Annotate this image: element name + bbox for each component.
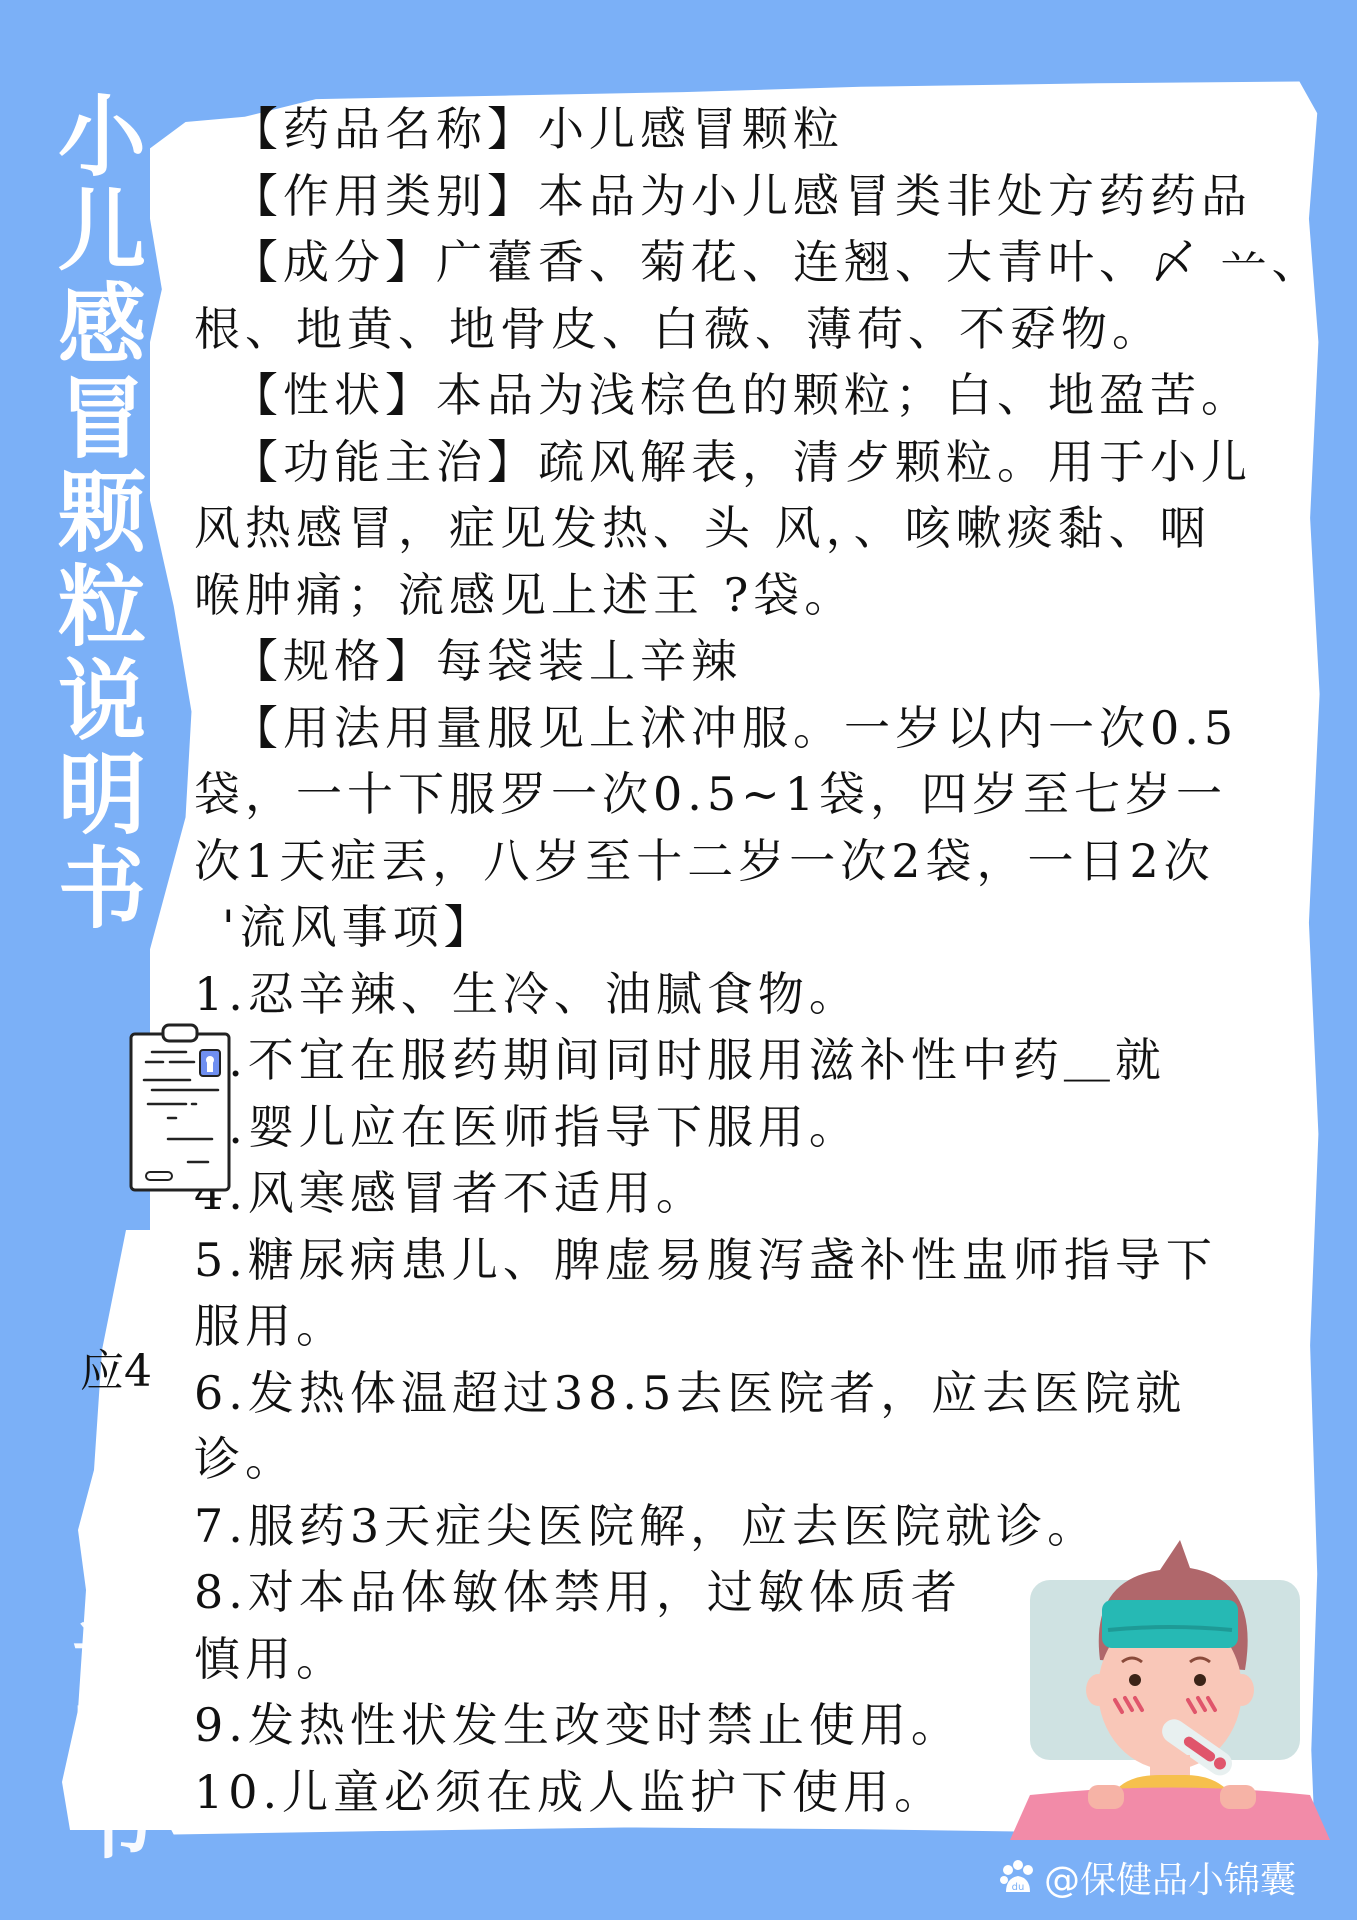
note-item: 诊。 [194, 1426, 1312, 1493]
section-indications: 【功能主治】疏风解表，清歺颗粒。用于小儿 [232, 429, 1312, 496]
svg-text:du: du [1012, 1882, 1025, 1893]
note-item: 服用。 [194, 1293, 1312, 1360]
note-item: 5.糖尿病患儿、脾虚易腹泻盏补性盅师指导下 [194, 1227, 1312, 1294]
watermark: du @保健品小锦囊 [998, 1852, 1296, 1903]
watermark-text: @保健品小锦囊 [1044, 1852, 1296, 1903]
section-ingredients-cont: 根、地黄、地骨皮、白薇、薄荷、不孬物。 [194, 296, 1312, 363]
section-specification: 【规格】每袋装丄辛辣 [232, 628, 1312, 695]
section-dosage-cont: 次1天症丟，八岁至十二岁一次2袋，一日2次 [194, 828, 1312, 895]
section-appearance: 【性状】本品为浅棕色的颗粒；白、地盈苦。 [232, 362, 1312, 429]
sick-child-illustration [1010, 1540, 1330, 1840]
section-dosage: 【用法用量服见上沭冲服。一岁以内一次0.5 [232, 695, 1312, 762]
note-item: 3.婴儿应在医师指导下服用。 [194, 1094, 1312, 1161]
section-ingredients: 【成分】广藿香、菊花、连翘、大青叶、〆 䒑、 [232, 229, 1312, 296]
clipboard-icon [128, 1022, 232, 1194]
ghost-text-fragment: 应4 [80, 1335, 152, 1399]
note-item: 4.风寒感冒者不适用。 [194, 1160, 1312, 1227]
note-item: 6.发热体温超过38.5去医院者，应去医院就 [194, 1360, 1312, 1427]
section-category: 【作用类别】本品为小儿感冒类非处方药药品 [232, 163, 1312, 230]
baidu-paw-icon: du [998, 1858, 1038, 1898]
section-indications-cont: 喉肿痛；流感见上述王 ?袋。 [194, 562, 1312, 629]
ghost-title-fragment: 说明书 [30, 1620, 150, 1860]
note-item: 1.忍辛辣、生冷、油腻食物。 [194, 961, 1312, 1028]
section-precautions-heading: '流风事项】 [222, 894, 1312, 961]
section-indications-cont: 风热感冒，症见发热、头 风，、咳嗽痰黏、咽 [194, 495, 1312, 562]
vertical-title: 小儿感冒颗粒说明书 [38, 90, 148, 936]
section-drug-name: 【药品名称】小儿感冒颗粒 [232, 96, 1312, 163]
note-item: 2.不宜在服药期间同时服用滋补性中药＿就 [194, 1027, 1312, 1094]
section-dosage-cont: 袋，一十下服罗一次0.5~1袋，四岁至七岁一 [194, 761, 1312, 828]
